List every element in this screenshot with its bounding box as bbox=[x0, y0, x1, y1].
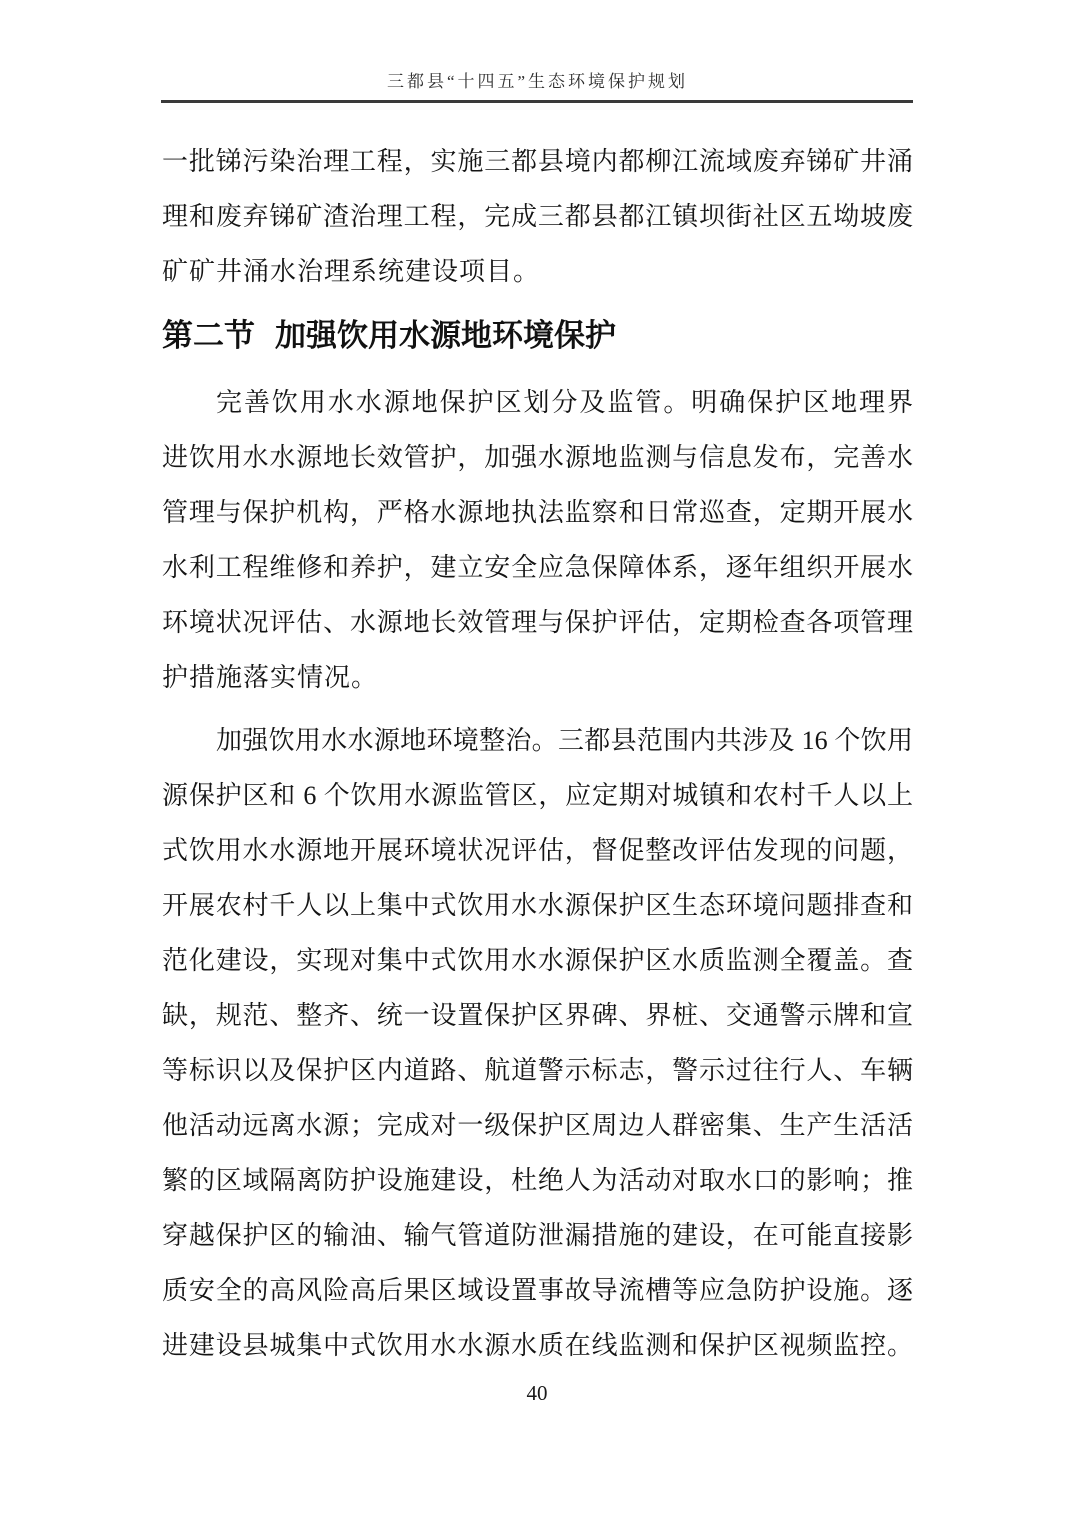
running-header-title: 三都县“十四五”生态环境保护规划 bbox=[162, 70, 913, 94]
paragraph-continuation: 一批锑污染治理工程，实施三都县境内都柳江流域废弃锑矿井涌水治 理和废弃锑矿渣治理… bbox=[162, 134, 913, 299]
page-content: 一批锑污染治理工程，实施三都县境内都柳江流域废弃锑矿井涌水治 理和废弃锑矿渣治理… bbox=[162, 134, 913, 1373]
text-line: 等标识以及保护区内道路、航道警示标志，警示过往行人、车辆及其 bbox=[162, 1043, 913, 1098]
text-line: 矿矿井涌水治理系统建设项目。 bbox=[162, 244, 913, 299]
header-rule bbox=[161, 100, 913, 103]
text-line: 完善饮用水水源地保护区划分及监管。明确保护区地理界线，推 bbox=[162, 375, 913, 430]
text-line: 环境状况评估、水源地长效管理与保护评估，定期检查各项管理与保 bbox=[162, 595, 913, 650]
text-line: 加强饮用水水源地环境整治。三都县范围内共涉及 16 个饮用水 bbox=[162, 713, 913, 768]
section-number: 第二节 bbox=[162, 313, 255, 359]
text-line: 理和废弃锑矿渣治理工程，完成三都县都江镇坝街社区五坳坡废弃锑 bbox=[162, 189, 913, 244]
text-line: 范化建设，实现对集中式饮用水水源保护区水质监测全覆盖。查漏补 bbox=[162, 933, 913, 988]
paragraph-water-source-supervision: 完善饮用水水源地保护区划分及监管。明确保护区地理界线，推 进饮用水水源地长效管护… bbox=[162, 375, 913, 705]
page-number: 40 bbox=[0, 1380, 1074, 1406]
text-line: 护措施落实情况。 bbox=[162, 650, 913, 705]
text-line: 式饮用水水源地开展环境状况评估，督促整改评估发现的问题，逐步 bbox=[162, 823, 913, 878]
section-heading: 第二节 加强饮用水源地环境保护 bbox=[162, 313, 913, 359]
text-line: 进饮用水水源地长效管护，加强水源地监测与信息发布，完善水源地 bbox=[162, 430, 913, 485]
section-title: 加强饮用水源地环境保护 bbox=[275, 313, 616, 359]
text-line: 管理与保护机构，严格水源地执法监察和日常巡查，定期开展水源地 bbox=[162, 485, 913, 540]
paragraph-water-source-remediation: 加强饮用水水源地环境整治。三都县范围内共涉及 16 个饮用水 源保护区和 6 个… bbox=[162, 713, 913, 1373]
document-page: 三都县“十四五”生态环境保护规划 一批锑污染治理工程，实施三都县境内都柳江流域废… bbox=[0, 0, 1074, 1520]
text-line: 缺，规范、整齐、统一设置保护区界碑、界桩、交通警示牌和宣传牌 bbox=[162, 988, 913, 1043]
text-line: 进建设县城集中式饮用水水源水质在线监测和保护区视频监控。到 bbox=[162, 1318, 913, 1373]
text-line: 他活动远离水源；完成对一级保护区周边人群密集、生产生活活动频 bbox=[162, 1098, 913, 1153]
text-line: 开展农村千人以上集中式饮用水水源保护区生态环境问题排查和规 bbox=[162, 878, 913, 933]
text-line: 质安全的高风险高后果区域设置事故导流槽等应急防护设施。逐步推 bbox=[162, 1263, 913, 1318]
text-line: 水利工程维修和养护，建立安全应急保障体系，逐年组织开展水源地 bbox=[162, 540, 913, 595]
text-line: 一批锑污染治理工程，实施三都县境内都柳江流域废弃锑矿井涌水治 bbox=[162, 134, 913, 189]
text-line: 穿越保护区的输油、输气管道防泄漏措施的建设，在可能直接影响水 bbox=[162, 1208, 913, 1263]
text-line: 源保护区和 6 个饮用水源监管区，应定期对城镇和农村千人以上集中 bbox=[162, 768, 913, 823]
text-line: 繁的区域隔离防护设施建设，杜绝人为活动对取水口的影响；推进对 bbox=[162, 1153, 913, 1208]
